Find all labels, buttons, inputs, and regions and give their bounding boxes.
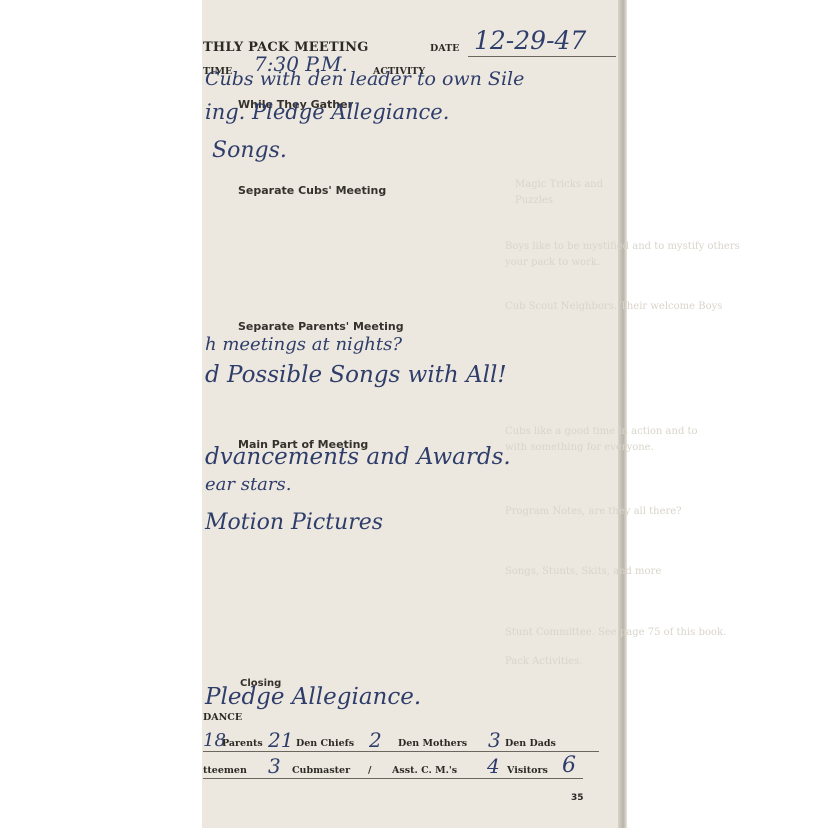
cubmaster-label: Cubmaster bbox=[292, 765, 350, 776]
bleedthrough-11: Pack Activities. bbox=[505, 655, 582, 669]
date-value: 12-29-47 bbox=[474, 26, 586, 55]
bleedthrough-10: Stunt Committee. See page 75 of this boo… bbox=[505, 626, 726, 640]
attendance-row1-underline bbox=[203, 751, 599, 752]
bleedthrough-9: Songs, Stunts, Skits, and more bbox=[505, 565, 661, 579]
page-edge bbox=[618, 0, 627, 828]
main-note-3: Motion Pictures bbox=[205, 510, 383, 535]
gather-note-3: Songs. bbox=[212, 138, 287, 163]
main-note-2: ear stars. bbox=[205, 474, 291, 495]
gather-note-2: ing. Pledge Allegiance. bbox=[205, 100, 449, 124]
main-note-1: dvancements and Awards. bbox=[205, 444, 511, 470]
page-number: 35 bbox=[571, 793, 584, 803]
gather-note-1: Cubs with den leader to own Sile bbox=[205, 68, 524, 90]
parents-note-1: h meetings at nights? bbox=[205, 334, 402, 355]
attendance-label: DANCE bbox=[203, 712, 242, 723]
closing-note: Pledge Allegiance. bbox=[205, 684, 421, 710]
parents-note-2: d Possible Songs with All! bbox=[205, 362, 507, 388]
bleedthrough-8: Program Notes, are they all there? bbox=[505, 505, 682, 519]
bleedthrough-7: with something for everyone. bbox=[505, 441, 654, 455]
parents-count: 21 bbox=[268, 728, 293, 752]
section-separate-parents: Separate Parents' Meeting bbox=[238, 320, 404, 333]
den-mothers-count: 3 bbox=[488, 728, 501, 752]
attendance-row2-underline bbox=[203, 778, 583, 779]
bleedthrough-1: Magic Tricks and bbox=[515, 178, 603, 192]
bleedthrough-6: Cubs like a good time in action and to bbox=[505, 425, 698, 439]
date-underline bbox=[468, 56, 616, 57]
visitors-count: 6 bbox=[562, 753, 576, 778]
bleedthrough-4: your pack to work. bbox=[505, 256, 600, 270]
bleedthrough-2: Puzzles bbox=[515, 194, 553, 208]
bleedthrough-5: Cub Scout Neighbors. Their welcome Boys bbox=[505, 300, 722, 314]
section-separate-cubs: Separate Cubs' Meeting bbox=[238, 184, 386, 197]
parents-label: Parents bbox=[222, 738, 263, 749]
date-label: DATE bbox=[430, 43, 459, 54]
den-mothers-label: Den Mothers bbox=[398, 738, 467, 749]
committeemen-count: 3 bbox=[268, 754, 281, 778]
den-dads-label: Den Dads bbox=[505, 738, 556, 749]
cubmaster-count: / bbox=[368, 765, 371, 776]
asst-cm-count: 4 bbox=[487, 754, 500, 778]
den-chiefs-label: Den Chiefs bbox=[296, 738, 354, 749]
visitors-label: Visitors bbox=[507, 765, 548, 776]
committeemen-label: tteemen bbox=[203, 765, 247, 776]
den-chiefs-count: 2 bbox=[369, 728, 382, 752]
asst-cm-label: Asst. C. M.'s bbox=[392, 765, 457, 776]
bleedthrough-3: Boys like to be mystified and to mystify… bbox=[505, 240, 740, 254]
